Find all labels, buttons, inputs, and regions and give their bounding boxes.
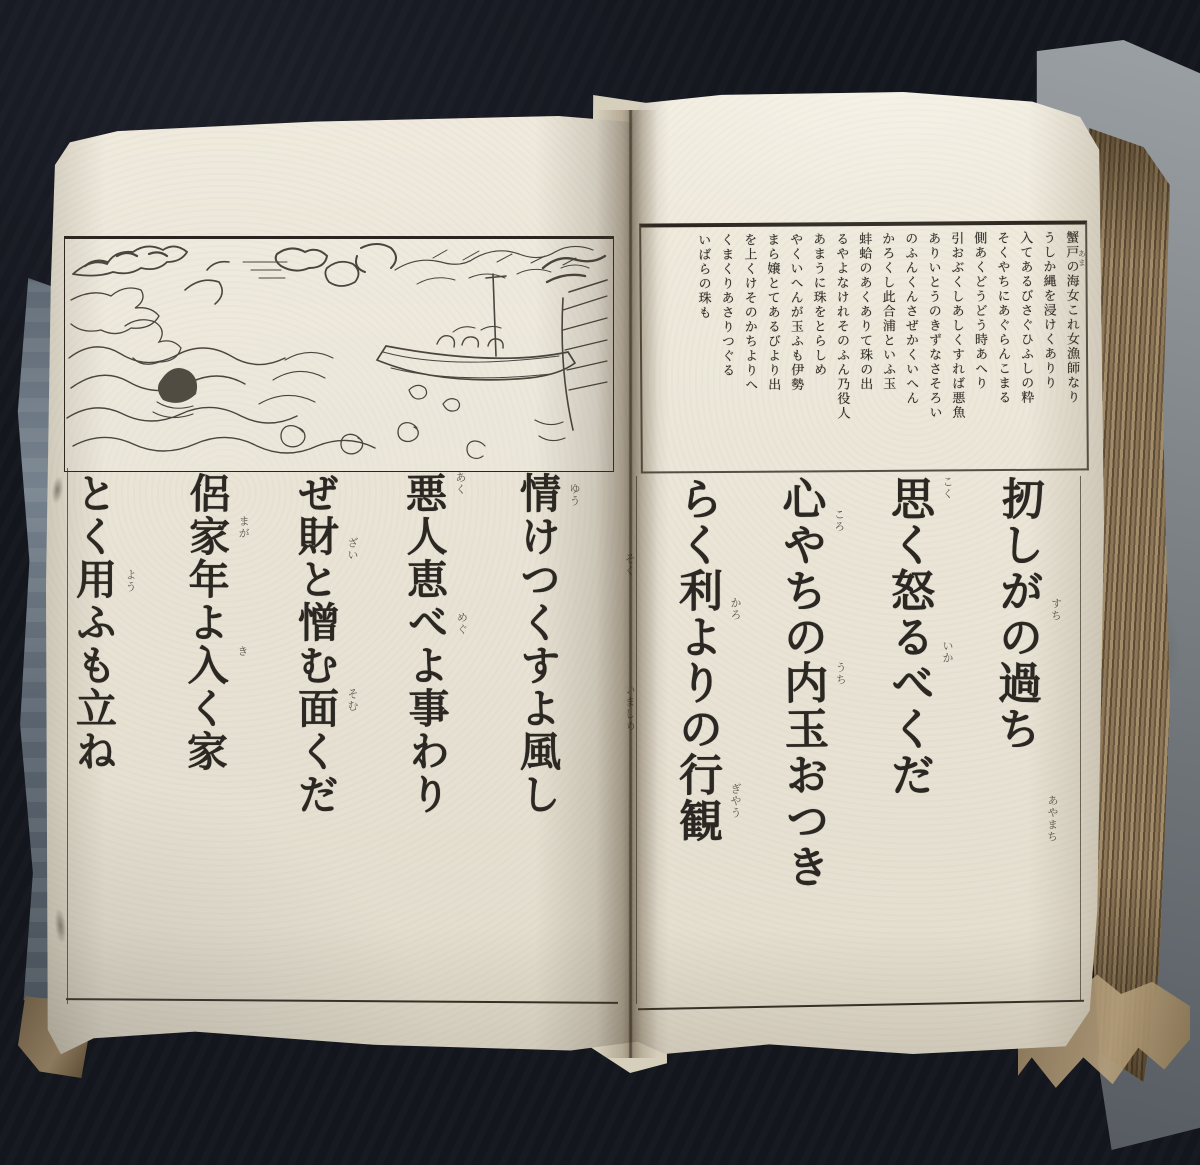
furigana: ぎやう (727, 783, 743, 819)
text-column: るやよなけれそのふん乃役人 (834, 232, 849, 464)
text-block-rule (636, 476, 637, 1004)
text-column: 心やちの内玉おつきころうち (767, 476, 837, 1025)
furigana: うち (832, 662, 848, 686)
furigana: こく (939, 476, 955, 500)
text-column: 悪人恵べよ事わりあくめぐ (394, 472, 460, 1013)
text-column: くまくりあさりつぐる (719, 233, 734, 465)
text-column: やくいへんが玉ふも伊勢 (788, 232, 803, 464)
text-column: を上くけそのかちよりへ (742, 233, 757, 465)
furigana: よう (122, 569, 138, 593)
right-page-annotation-text: 蟹戸の海女これ女漁師なりあまうしか縄を浸けくありり入てあるびさぐひふしの粋そくや… (649, 231, 1079, 466)
margin-annotation-smudge (50, 475, 65, 504)
text-column: まら嬢とてあるびより出 (765, 233, 780, 465)
furigana: そむ (344, 688, 360, 712)
furigana: き (234, 645, 250, 657)
text-column: とく用ふも立ねよう (64, 472, 123, 1012)
text-column: 情けつくすよ風しゆう (508, 472, 567, 1012)
text-column: 入てあるびさぐひふしの粋 (1018, 231, 1033, 463)
text-column: 引おぶくしあしくすれば悪魚 (949, 231, 964, 463)
furigana: あま (1077, 249, 1085, 267)
furigana: いか (939, 640, 955, 664)
text-column: いばらの珠も (696, 233, 711, 465)
text-column: らく利よりの行観かろぎやう (664, 476, 728, 1024)
illustration-frame (64, 236, 614, 472)
seascape-woodblock-illustration (65, 239, 613, 471)
furigana: あく (452, 471, 468, 495)
right-page: 蟹戸の海女これ女漁師なりあまうしか縄を浸けくありり入てあるびさぐひふしの粋そくや… (626, 92, 1104, 1054)
text-column: 側あくどうどう時あへり (972, 231, 987, 463)
page-margin-rule (67, 468, 68, 1004)
text-column: 思く怒るべくだこくいか (876, 476, 940, 1024)
furigana: あやまち (1043, 794, 1060, 842)
text-column: のふんくんさぜかくいへん (903, 232, 918, 464)
annotation-frame: 蟹戸の海女これ女漁師なりあまうしか縄を浸けくありり入てあるびさぐひふしの粋そくや… (639, 220, 1089, 473)
text-column: 蚌蛤のあくありて珠の出 (857, 232, 872, 464)
furigana: かろ (727, 597, 743, 621)
furigana: すち (1047, 597, 1063, 621)
text-block-rule (1080, 476, 1081, 1000)
text-column: そくやちにあぐらんこまる (995, 231, 1010, 463)
right-page-calligraphy: 扨しがの過ちすちあやまち思く怒るべくだこくいか心やちの内玉おつきころうちらく利よ… (640, 476, 1046, 1024)
left-page-calligraphy: 情けつくすよ風しゆう悪人恵べよ事わりあくめぐぜ財と憎む面くだざいそむ侶家年よ入く… (72, 472, 567, 1012)
text-column: うしか縄を浸けくありり (1041, 231, 1056, 463)
furigana: ゆう (566, 483, 582, 507)
left-page: 情けつくすよ風しゆう悪人恵べよ事わりあくめぐぜ財と憎む面くだざいそむ侶家年よ入く… (46, 116, 642, 1058)
text-column: ぜ財と憎む面くだざいそむ (286, 472, 345, 1012)
text-column: 侶家年よ入く家まがき (172, 472, 237, 1013)
text-column: 蟹戸の海女これ女漁師なりあま (1064, 231, 1079, 463)
text-column: 扨しがの過ちすちあやまち (977, 475, 1051, 1024)
furigana: ころ (830, 508, 846, 532)
text-column: あまうに珠をとらしめ (811, 232, 826, 464)
furigana: ざい (344, 537, 360, 561)
text-column: かろくし此合浦といふ玉 (880, 232, 895, 464)
furigana: まが (235, 515, 251, 539)
furigana: めぐ (453, 612, 469, 636)
text-column: ありいとうのきずなさそろい (926, 231, 941, 463)
